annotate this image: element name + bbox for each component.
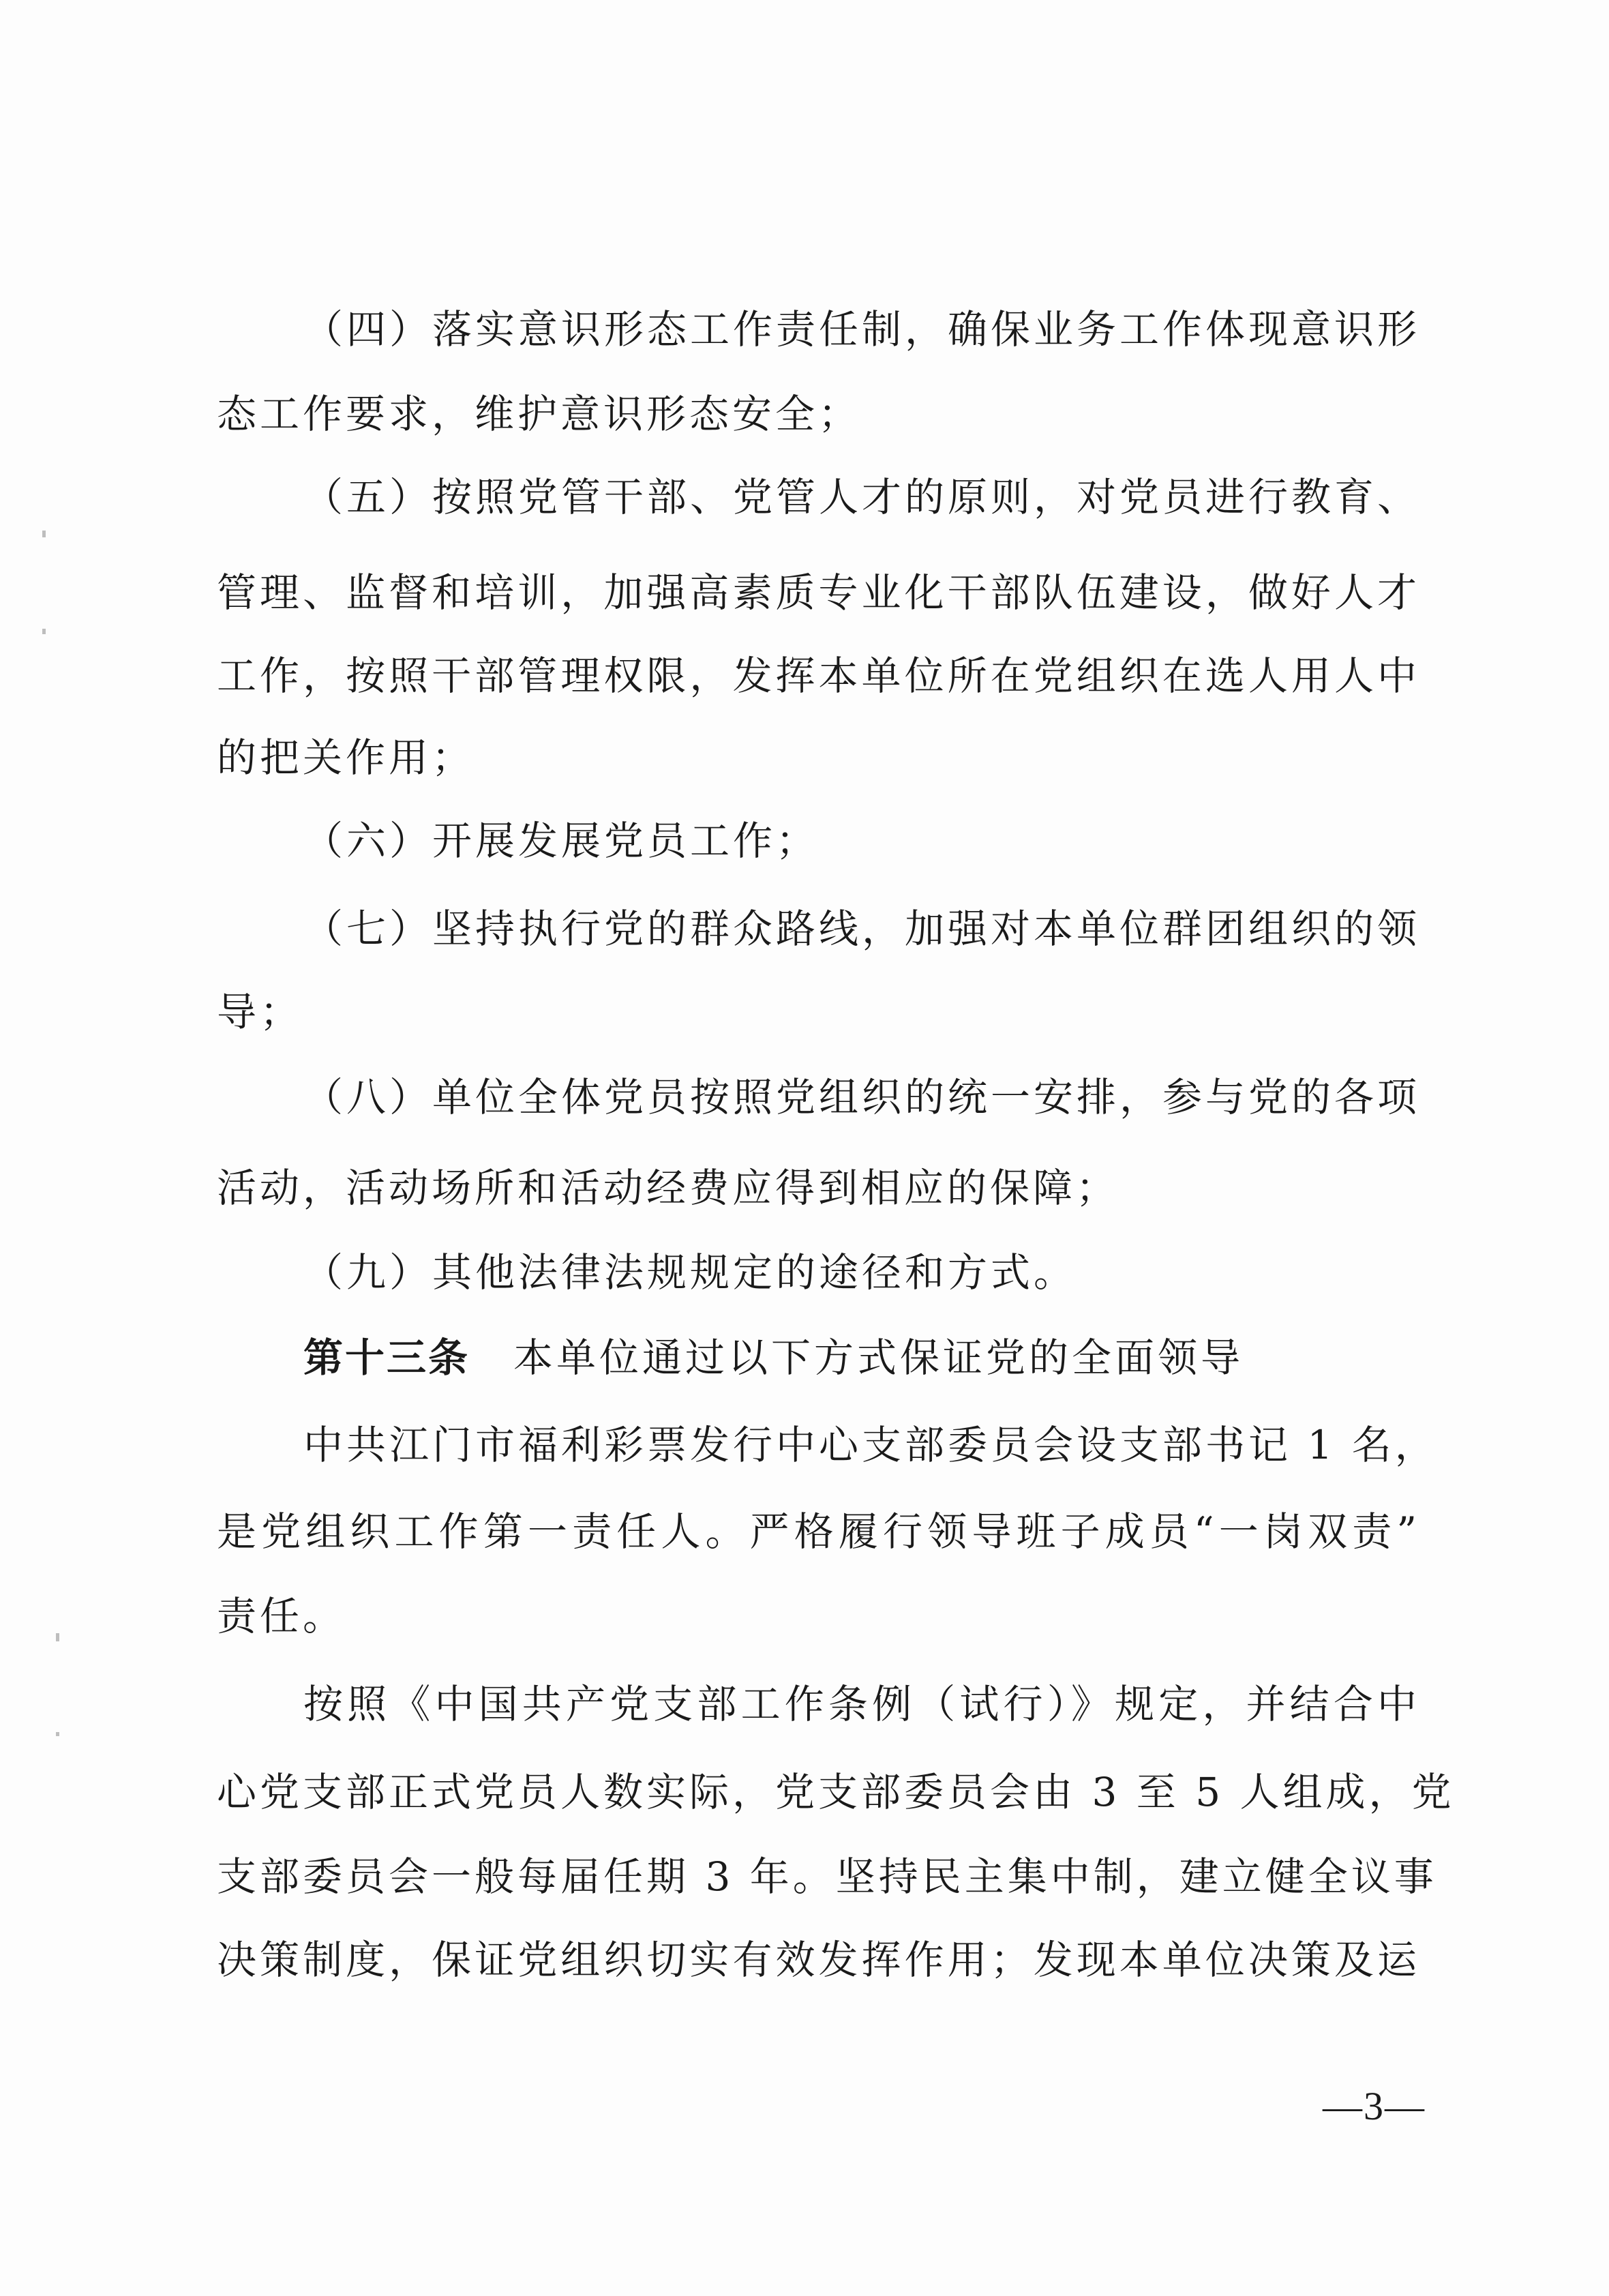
paragraph-5-line-4: 的把关作用；: [217, 734, 1420, 781]
article-paragraph-2-line-2: 心党支部正式党员人数实际，党支部委员会由 3 至 5 人组成，党: [217, 1768, 1420, 1816]
article-paragraph-1-line-3: 责任。: [217, 1592, 1420, 1640]
paragraph-4-line-2: 态工作要求，维护意识形态安全；: [217, 390, 1420, 438]
article-title: 本单位通过以下方式保证党的全面领导: [513, 1335, 1244, 1381]
article-paragraph-1-line-1: 中共江门市福利彩票发行中心支部委员会设支部书记 1 名，: [303, 1421, 1420, 1469]
scan-mark: [42, 531, 46, 537]
article-heading: 第十三条本单位通过以下方式保证党的全面领导: [303, 1334, 1420, 1382]
paragraph-6-line-1: （六）开展发展党员工作；: [303, 817, 1420, 865]
paragraph-5-line-2: 管理、监督和培训，加强高素质专业化干部队伍建设，做好人才: [217, 569, 1420, 616]
paragraph-4-line-1: （四）落实意识形态工作责任制，确保业务工作体现意识形: [303, 305, 1420, 353]
paragraph-7-line-1: （七）坚持执行党的群众路线，加强对本单位群团组织的领: [303, 905, 1420, 953]
scan-mark: [56, 1732, 59, 1736]
paragraph-8-line-2: 活动，活动场所和活动经费应得到相应的保障；: [217, 1164, 1420, 1212]
article-number: 第十三条: [303, 1335, 470, 1381]
article-paragraph-2-line-1: 按照《中国共产党支部工作条例（试行）》规定，并结合中: [303, 1680, 1420, 1728]
paragraph-7-line-2: 导；: [217, 988, 1420, 1036]
paragraph-5-line-1: （五）按照党管干部、党管人才的原则，对党员进行教育、: [303, 473, 1420, 521]
article-paragraph-1-line-2: 是党组织工作第一责任人。严格履行领导班子成员“一岗双责”: [217, 1508, 1420, 1555]
article-paragraph-2-line-4: 决策制度，保证党组织切实有效发挥作用；发现本单位决策及运: [217, 1936, 1420, 1984]
scan-mark: [56, 1633, 59, 1641]
document-page: （四）落实意识形态工作责任制，确保业务工作体现意识形 态工作要求，维护意识形态安…: [0, 0, 1609, 2296]
scan-mark: [42, 629, 46, 634]
paragraph-5-line-3: 工作，按照干部管理权限，发挥本单位所在党组织在选人用人中: [217, 652, 1420, 700]
page-number: —3—: [1323, 2083, 1426, 2130]
article-paragraph-2-line-3: 支部委员会一般每届任期 3 年。坚持民主集中制，建立健全议事: [217, 1853, 1420, 1900]
paragraph-9-line-1: （九）其他法律法规规定的途径和方式。: [303, 1249, 1420, 1296]
paragraph-8-line-1: （八）单位全体党员按照党组织的统一安排，参与党的各项: [303, 1073, 1420, 1121]
